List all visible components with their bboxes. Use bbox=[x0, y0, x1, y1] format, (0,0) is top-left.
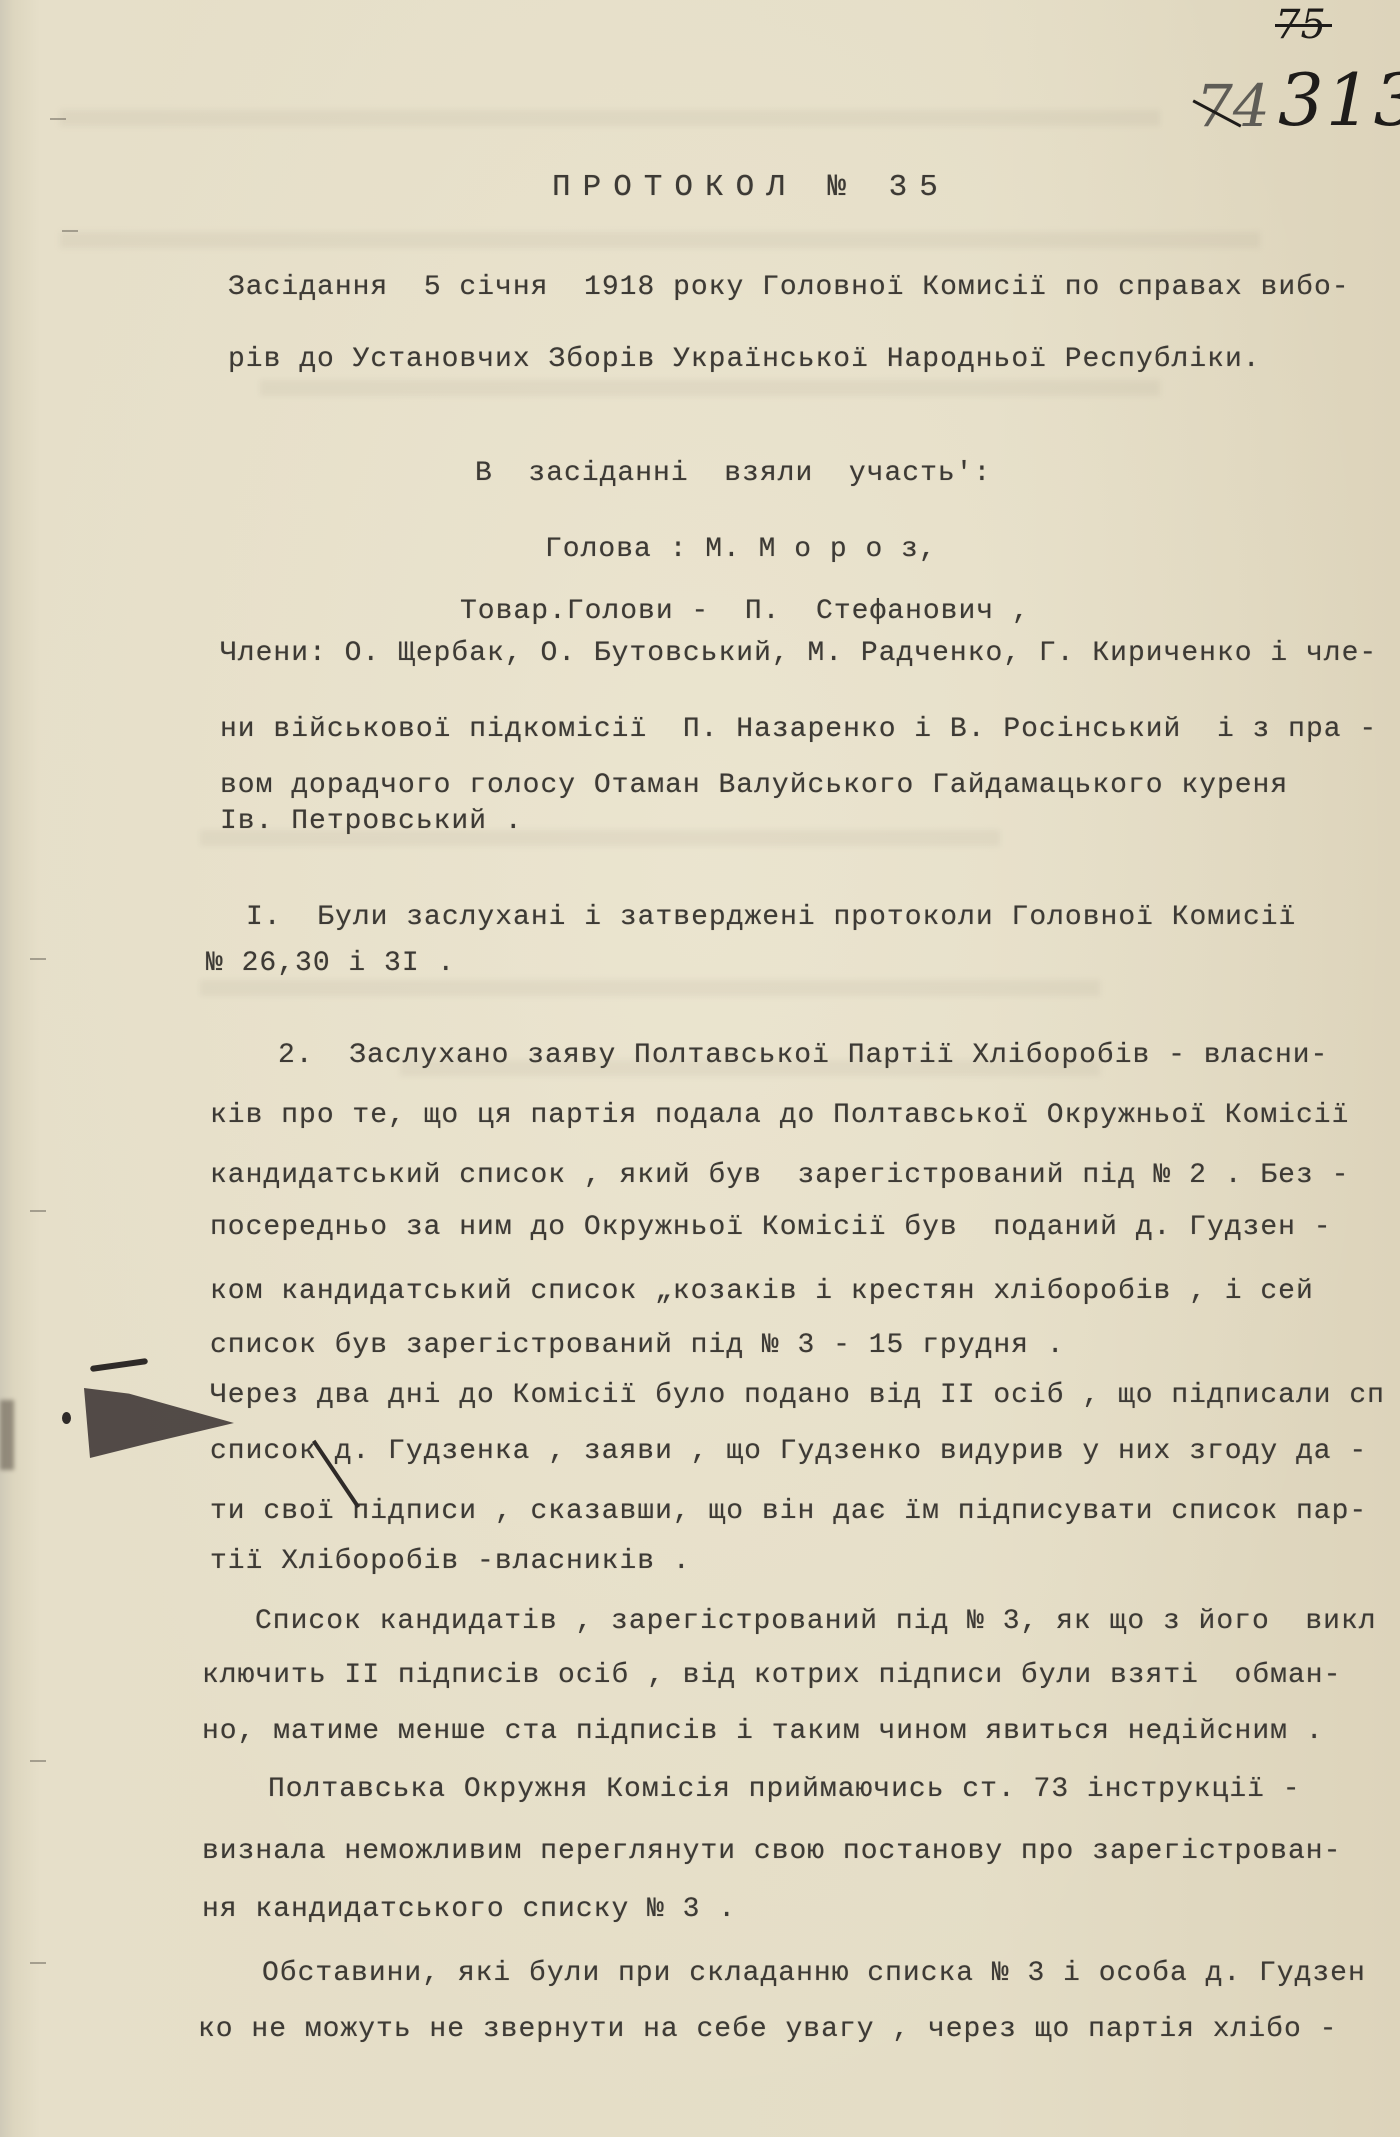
text-line: Товар.Голови - П. Стефанович , bbox=[460, 596, 1030, 627]
ink-mark bbox=[62, 1412, 71, 1424]
margin-mark bbox=[50, 118, 66, 120]
text-line: Список кандидатів , зарегістрований під … bbox=[255, 1606, 1377, 1637]
text-line: кандидатський список , який був зарегіст… bbox=[210, 1160, 1349, 1191]
text-line: тії Хліборобів -власників . bbox=[210, 1546, 691, 1577]
text-line: визнала неможливим переглянути свою пост… bbox=[202, 1836, 1341, 1867]
text-line: № 26,30 і 3I . bbox=[206, 948, 455, 979]
text-line: ни військової підкомісії П. Назаренко і … bbox=[220, 714, 1377, 745]
folio-page-number: 313 bbox=[1278, 58, 1400, 142]
text-line: вом дорадчого голосу Отаман Валуйського … bbox=[220, 770, 1288, 801]
text-line: Ів. Петровський . bbox=[220, 806, 523, 837]
text-line: ти свої підписи , сказавши, що він дає ї… bbox=[210, 1496, 1367, 1527]
text-line: ко не можуть не звернути на себе увагу ,… bbox=[198, 2014, 1337, 2045]
margin-mark bbox=[62, 230, 78, 232]
document-page: 75 74 313 ПРОТОКОЛ № 35 Засідання 5 січн… bbox=[0, 0, 1400, 2137]
text-line: ків про те, що ця партія подала до Полта… bbox=[210, 1100, 1349, 1131]
text-line: посередньо за ним до Окружньої Комісії б… bbox=[210, 1212, 1332, 1243]
text-line: список д. Гудзенка , заяви , що Гудзенко… bbox=[210, 1436, 1367, 1467]
text-line: рів до Установчих Зборів Української Нар… bbox=[228, 344, 1261, 375]
ink-mark bbox=[90, 1358, 148, 1372]
text-line: ключить II підписів осіб , від котрих пі… bbox=[202, 1660, 1341, 1691]
margin-mark bbox=[30, 1962, 46, 1964]
folio-old-number: 75 bbox=[1275, 2, 1326, 48]
text-line: Голова : М. М о р о з, bbox=[545, 534, 937, 565]
text-line: I. Були заслухані і затверджені протокол… bbox=[246, 902, 1296, 933]
text-line: 2. Заслухано заяву Полтавської Партії Хл… bbox=[278, 1040, 1328, 1071]
text-line: Члени: О. Щербак, О. Бутовський, М. Радч… bbox=[220, 638, 1377, 669]
folio-crossed-number: 74 bbox=[1196, 72, 1270, 140]
text-line: В засіданні взяли участь': bbox=[475, 458, 991, 489]
margin-mark bbox=[30, 1760, 46, 1762]
text-line: Обставини, які були при складанню списка… bbox=[262, 1958, 1366, 1989]
margin-mark bbox=[30, 1210, 46, 1212]
text-line: Полтавська Окружня Комісія приймаючись с… bbox=[268, 1774, 1301, 1805]
document-title: ПРОТОКОЛ № 35 bbox=[552, 170, 950, 205]
margin-mark bbox=[30, 958, 46, 960]
text-line: но, матиме менше ста підписів і таким чи… bbox=[202, 1716, 1324, 1747]
text-line: ком кандидатський список „козаків і крес… bbox=[210, 1276, 1314, 1307]
edge-stain bbox=[0, 1400, 14, 1470]
text-line: Засідання 5 січня 1918 року Головної Ком… bbox=[228, 272, 1350, 303]
text-line: Через два дні до Комісії було подано від… bbox=[210, 1380, 1385, 1411]
text-line: ня кандидатського списку № 3 . bbox=[202, 1894, 736, 1925]
text-line: список був зарегістрований під № 3 - 15 … bbox=[210, 1330, 1065, 1361]
